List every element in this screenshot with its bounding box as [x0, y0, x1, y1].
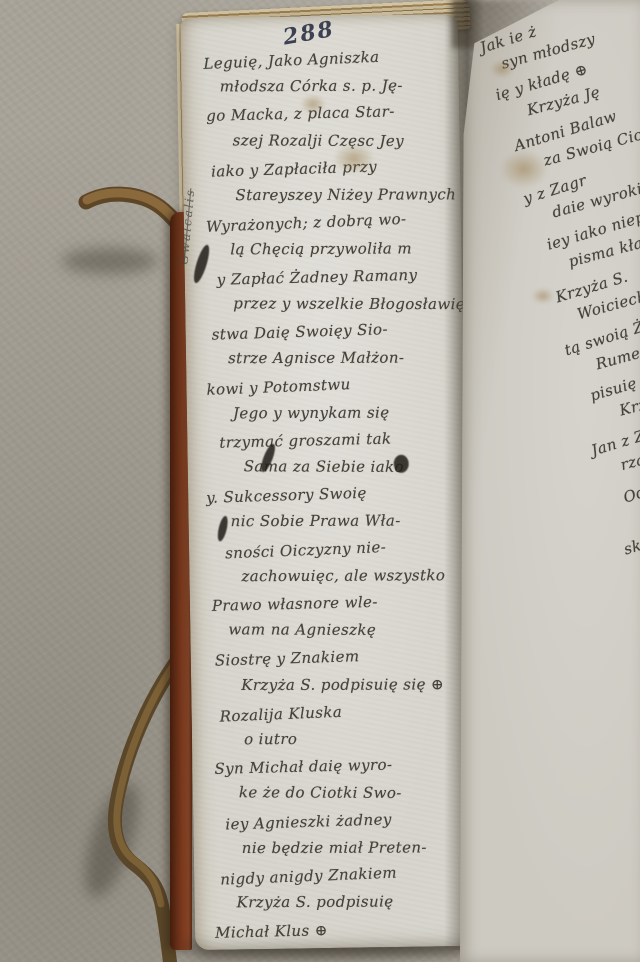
handwriting-line: zachowuięc, ale wszystko: [241, 562, 455, 590]
handwriting-line: Krzyża S. podpisuię: [237, 888, 461, 916]
handwriting-line: o iutro: [244, 725, 458, 753]
right-page-text: Jak ie żsyn młodszyię y kładę ⊕Krzyża Ję…: [470, 0, 640, 941]
handwriting-line: Jego y wynykam się: [233, 399, 453, 427]
stain: [532, 288, 554, 304]
ink-blot: [394, 455, 409, 473]
handwriting-line: y Zapłać Żadney Ramany: [216, 261, 451, 294]
handwriting-line: iako y Zapłaciła przy: [211, 151, 450, 186]
handwriting-line: lą Chęcią przywoliła m: [230, 236, 450, 264]
left-page: 288 Gwalcalis Leguię, Jako Agniszkamłods…: [181, 14, 473, 950]
stain: [500, 150, 548, 188]
handwriting-line: Michał Klus ⊕: [215, 913, 462, 946]
handwriting-line: Siostrę y Znakiem: [214, 641, 457, 676]
handwriting-line: Prawo własnore wle-: [212, 587, 457, 620]
handwriting-line: trzymać groszami tak: [219, 424, 454, 457]
manuscript-photo: 288 Gwalcalis Leguię, Jako Agniszkamłods…: [0, 0, 640, 962]
handwriting-line: młodsza Córka s. p. Ję-: [220, 72, 448, 100]
right-page: Jak ie żsyn młodszyię y kładę ⊕Krzyża Ję…: [460, 0, 640, 962]
handwriting-line: go Macka, z placa Star-: [206, 97, 449, 130]
left-page-text: Leguię, Jako Agniszkamłodsza Córka s. p.…: [197, 44, 461, 946]
handwriting-line: ke że do Ciotki Swo-: [239, 780, 459, 808]
handwriting-line: iey Agnieszki żadney: [225, 804, 460, 839]
handwriting-line: przez y wszelkie Błogosławięn-: [233, 290, 451, 318]
stain: [490, 60, 514, 78]
